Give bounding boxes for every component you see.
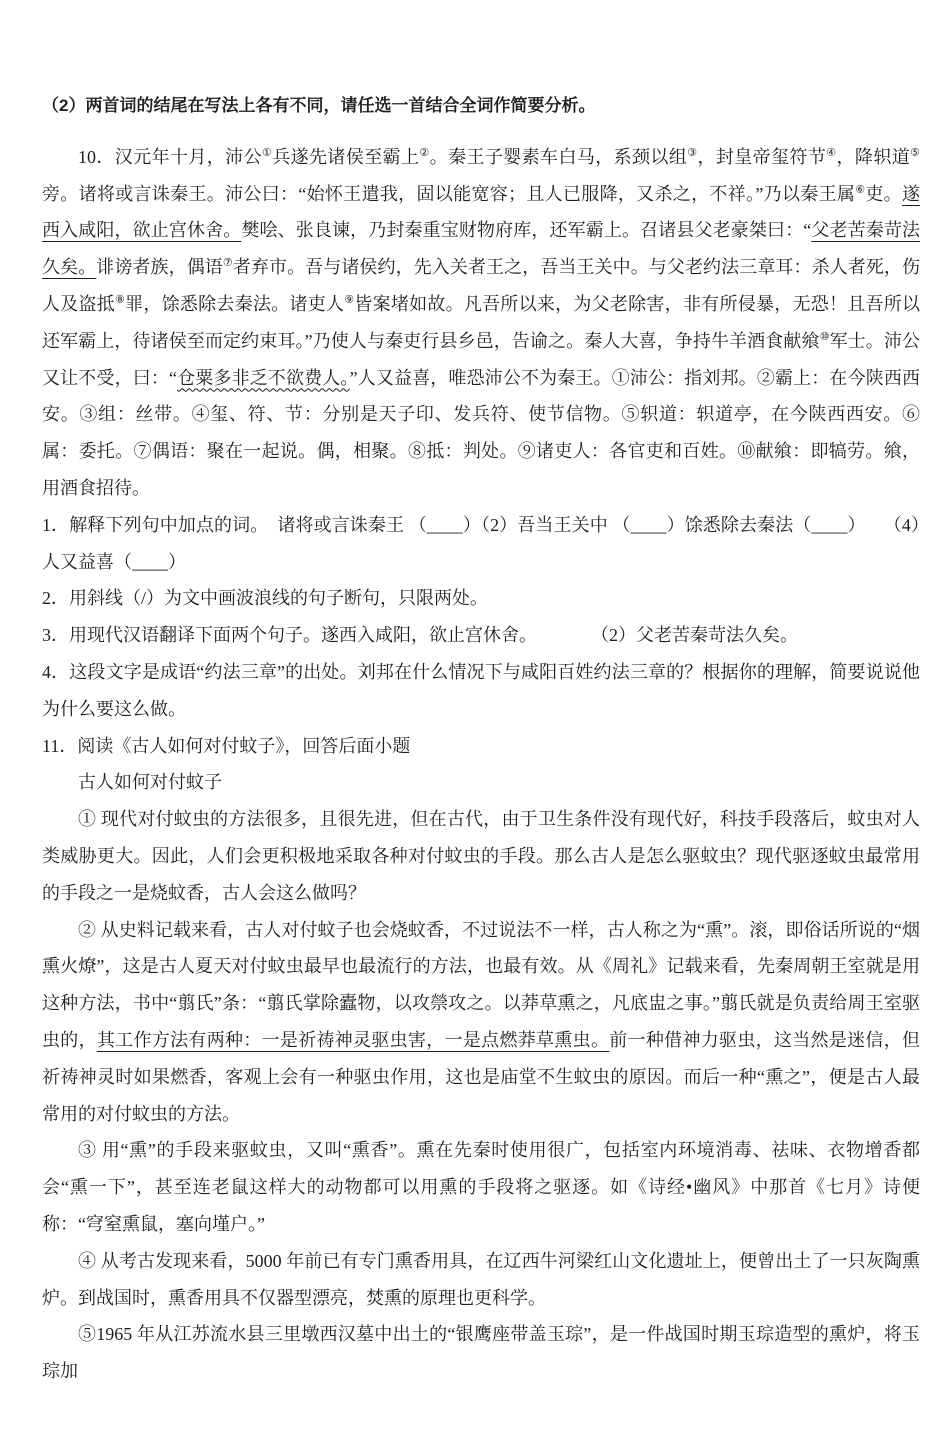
text-segment: ⑦ [223,257,233,269]
text-segment: ④ [826,147,836,159]
question-1: 1．解释下列句中加点的词。 诸将或言诛秦王 （____）（2）吾当王关中 （__… [42,507,920,581]
text-segment: ⑧ [115,294,125,306]
text-segment: ③ [687,147,697,159]
article-paragraph-3: ③ 用“熏”的手段来驱蚊虫，又叫“熏香”。熏在先秦时使用很广，包括室内环境消毒、… [42,1132,920,1242]
text-segment: ，降轵道 [837,147,911,167]
question-11-intro: 11．阅读《古人如何对付蚊子》，回答后面小题 [42,728,920,765]
text-segment: 旁。诸将或言诛秦王。沛公曰：“始怀王遣我，固以能宽容；且人已服降，又杀之，不祥。… [42,184,855,204]
article-title: 古人如何对付蚊子 [42,764,920,801]
text-segment: 诽谤者族，偶语 [96,257,223,277]
text-segment: 罪，馀悉除去秦法。诸吏人 [125,294,344,314]
text-segment: ⑨ [344,294,354,306]
text-segment: 10．汉元年十月，沛公 [78,147,262,167]
text-segment: 兵遂先诸侯至霸上 [272,147,419,167]
text-segment: 樊哙、张良谏，乃封秦重宝财物府库，还军霸上。召诸县父老豪桀曰：“ [241,220,811,240]
text-segment: 。秦王子婴素车白马，系颈以组 [430,147,688,167]
article-paragraph-2: ② 从史料记载来看，古人对付蚊子也会烧蚊香，不过说法不一样，古人称之为“熏”。滚… [42,912,920,1133]
text-segment: ① [262,147,272,159]
text-segment: ⑤ [910,147,920,159]
article-paragraph-5: ⑤1965 年从江苏流水县三里墩西汉墓中出土的“银鹰座带盖玉琮”，是一件战国时期… [42,1316,920,1390]
text-segment: ② [419,147,429,159]
text-segment: 其工作方法有两种：一是祈祷神灵驱虫害，一是点燃莽草熏虫。 [97,1030,609,1050]
question-2: 2．用斜线（/）为文中画波浪线的句子断句，只限两处。 [42,580,920,617]
exam-subquestion-heading: （2）两首词的结尾在写法上各有不同，请任选一首结合全词作简要分析。 [42,88,920,125]
text-segment: ，封皇帝玺符节 [697,147,826,167]
document-page: （2）两首词的结尾在写法上各有不同，请任选一首结合全词作简要分析。 10．汉元年… [0,0,950,1430]
text-segment: ⑥ [855,184,865,196]
question-4: 4．这段文字是成语“约法三章”的出处。刘邦在什么情况下与咸阳百姓约法三章的？根据… [42,654,920,728]
text-segment: ⑩ [820,331,830,343]
passage-question-10: 10．汉元年十月，沛公①兵遂先诸侯至霸上②。秦王子婴素车白马，系颈以组③，封皇帝… [42,139,920,507]
article-paragraph-1: ① 现代对付蚊虫的方法很多，且很先进，但在古代，由于卫生条件没有现代好，科技手段… [42,801,920,911]
text-segment: 吏。 [865,184,902,204]
question-3: 3．用现代汉语翻译下面两个句子。遂西入咸阳，欲止宫休舍。 （2）父老苦秦苛法久矣… [42,617,920,654]
text-segment: 仓粟多非乏不欲费人。 [177,368,350,388]
article-paragraph-4: ④ 从考古发现来看，5000 年前已有专门熏香用具，在辽西牛河梁红山文化遗址上，… [42,1243,920,1317]
